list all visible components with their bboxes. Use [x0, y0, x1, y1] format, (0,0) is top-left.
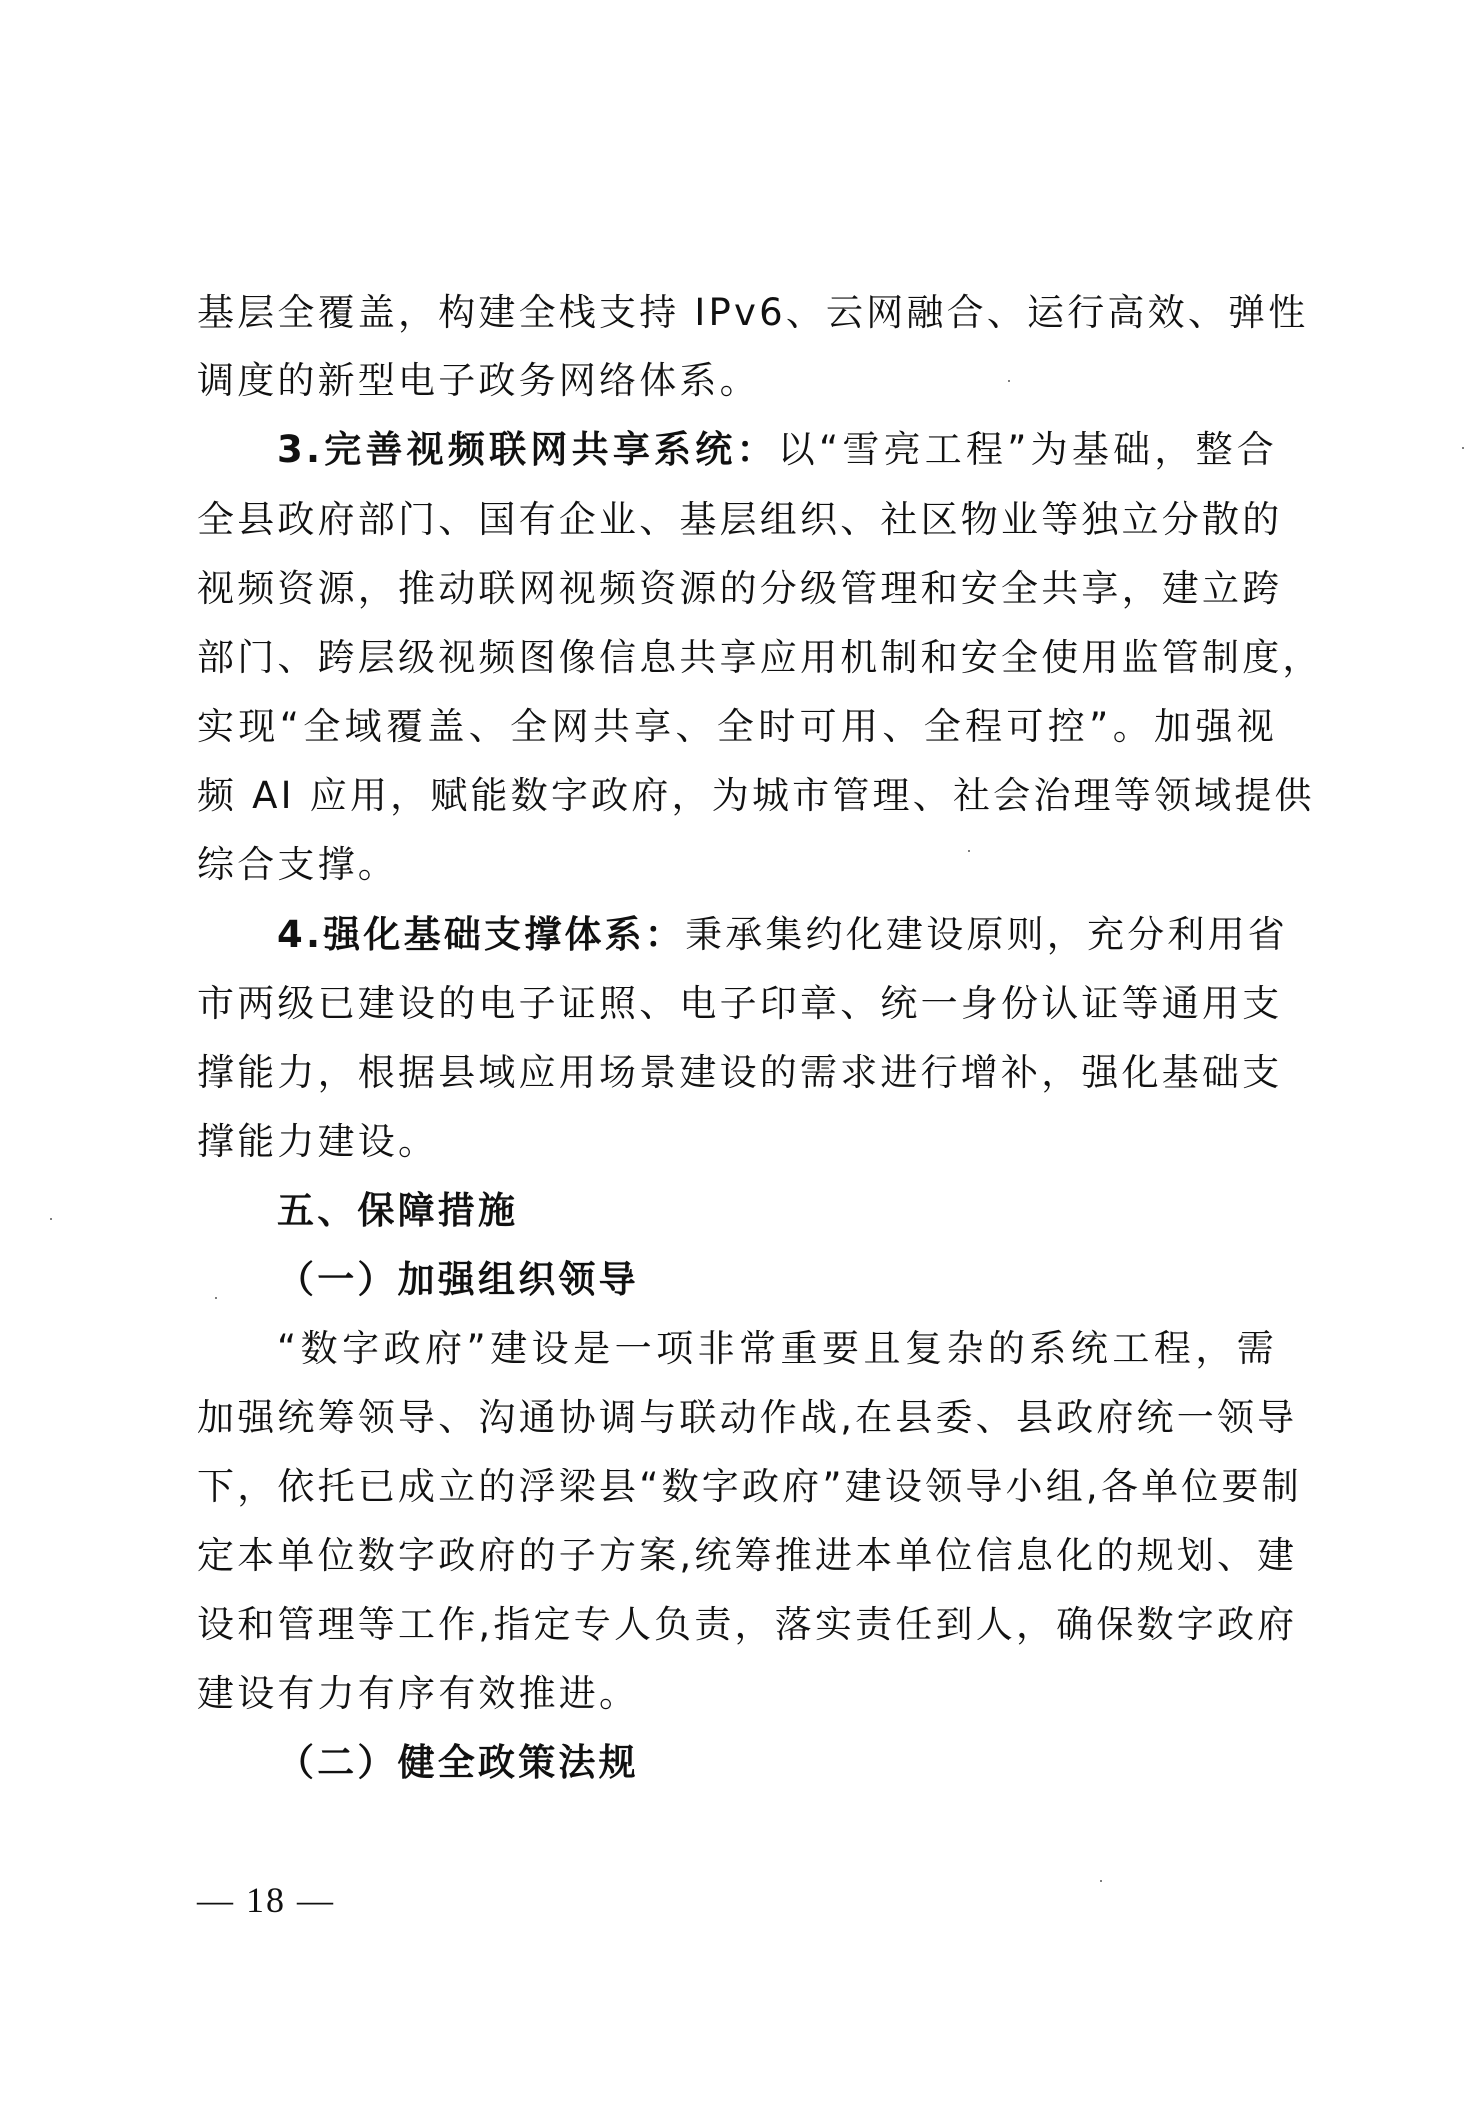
item-3-text: 以“雪亮工程”为基础，整合	[778, 428, 1277, 471]
numbered-item-4: 4.强化基础支撑体系：秉承集约化建设原则，充分利用省	[197, 905, 1277, 965]
body-line: 调度的新型电子政务网络体系。	[197, 351, 1277, 411]
scan-speck	[215, 1297, 217, 1299]
scan-speck	[968, 850, 970, 852]
scan-speck	[1462, 447, 1464, 449]
body-line: 基层全覆盖，构建全栈支持 IPv6、云网融合、运行高效、弹性	[197, 283, 1277, 343]
item-4-text: 秉承集约化建设原则，充分利用省	[685, 913, 1288, 956]
body-line: “数字政府”建设是一项非常重要且复杂的系统工程，需	[197, 1319, 1277, 1379]
body-line: 视频资源，推动联网视频资源的分级管理和安全共享，建立跨	[197, 559, 1277, 619]
body-line: 加强统筹领导、沟通协调与联动作战,在县委、县政府统一领导	[197, 1388, 1277, 1448]
body-line: 实现“全域覆盖、全网共享、全时可用、全程可控”。加强视	[197, 697, 1277, 757]
scan-speck	[1100, 1880, 1102, 1882]
subsection-heading: （一）加强组织领导	[197, 1250, 1277, 1310]
numbered-item-3: 3.完善视频联网共享系统：以“雪亮工程”为基础，整合	[197, 420, 1277, 480]
item-3-title: 3.完善视频联网共享系统：	[277, 428, 778, 471]
subsection-heading: （二）健全政策法规	[197, 1733, 1277, 1793]
body-line: 市两级已建设的电子证照、电子印章、统一身份认证等通用支	[197, 974, 1277, 1034]
body-line: 部门、跨层级视频图像信息共享应用机制和安全使用监管制度，	[197, 628, 1277, 688]
body-line: 下，依托已成立的浮梁县“数字政府”建设领导小组,各单位要制	[197, 1457, 1277, 1517]
body-line: 撑能力，根据县域应用场景建设的需求进行增补，强化基础支	[197, 1043, 1277, 1103]
document-page: 基层全覆盖，构建全栈支持 IPv6、云网融合、运行高效、弹性 调度的新型电子政务…	[0, 0, 1477, 2110]
body-line: 综合支撑。	[197, 835, 1277, 895]
item-4-title: 4.强化基础支撑体系：	[277, 913, 685, 956]
page-number: — 18 —	[197, 1880, 335, 1920]
scan-speck	[1008, 380, 1010, 382]
body-line: 撑能力建设。	[197, 1112, 1277, 1172]
body-line: 设和管理等工作,指定专人负责，落实责任到人，确保数字政府	[197, 1595, 1277, 1655]
body-line: 建设有力有序有效推进。	[197, 1664, 1277, 1724]
scan-speck	[50, 1218, 52, 1220]
section-heading: 五、保障措施	[197, 1181, 1277, 1241]
body-line: 定本单位数字政府的子方案,统筹推进本单位信息化的规划、建	[197, 1526, 1277, 1586]
body-line: 频 AI 应用，赋能数字政府，为城市管理、社会治理等领域提供	[197, 766, 1277, 826]
body-line: 全县政府部门、国有企业、基层组织、社区物业等独立分散的	[197, 490, 1277, 550]
